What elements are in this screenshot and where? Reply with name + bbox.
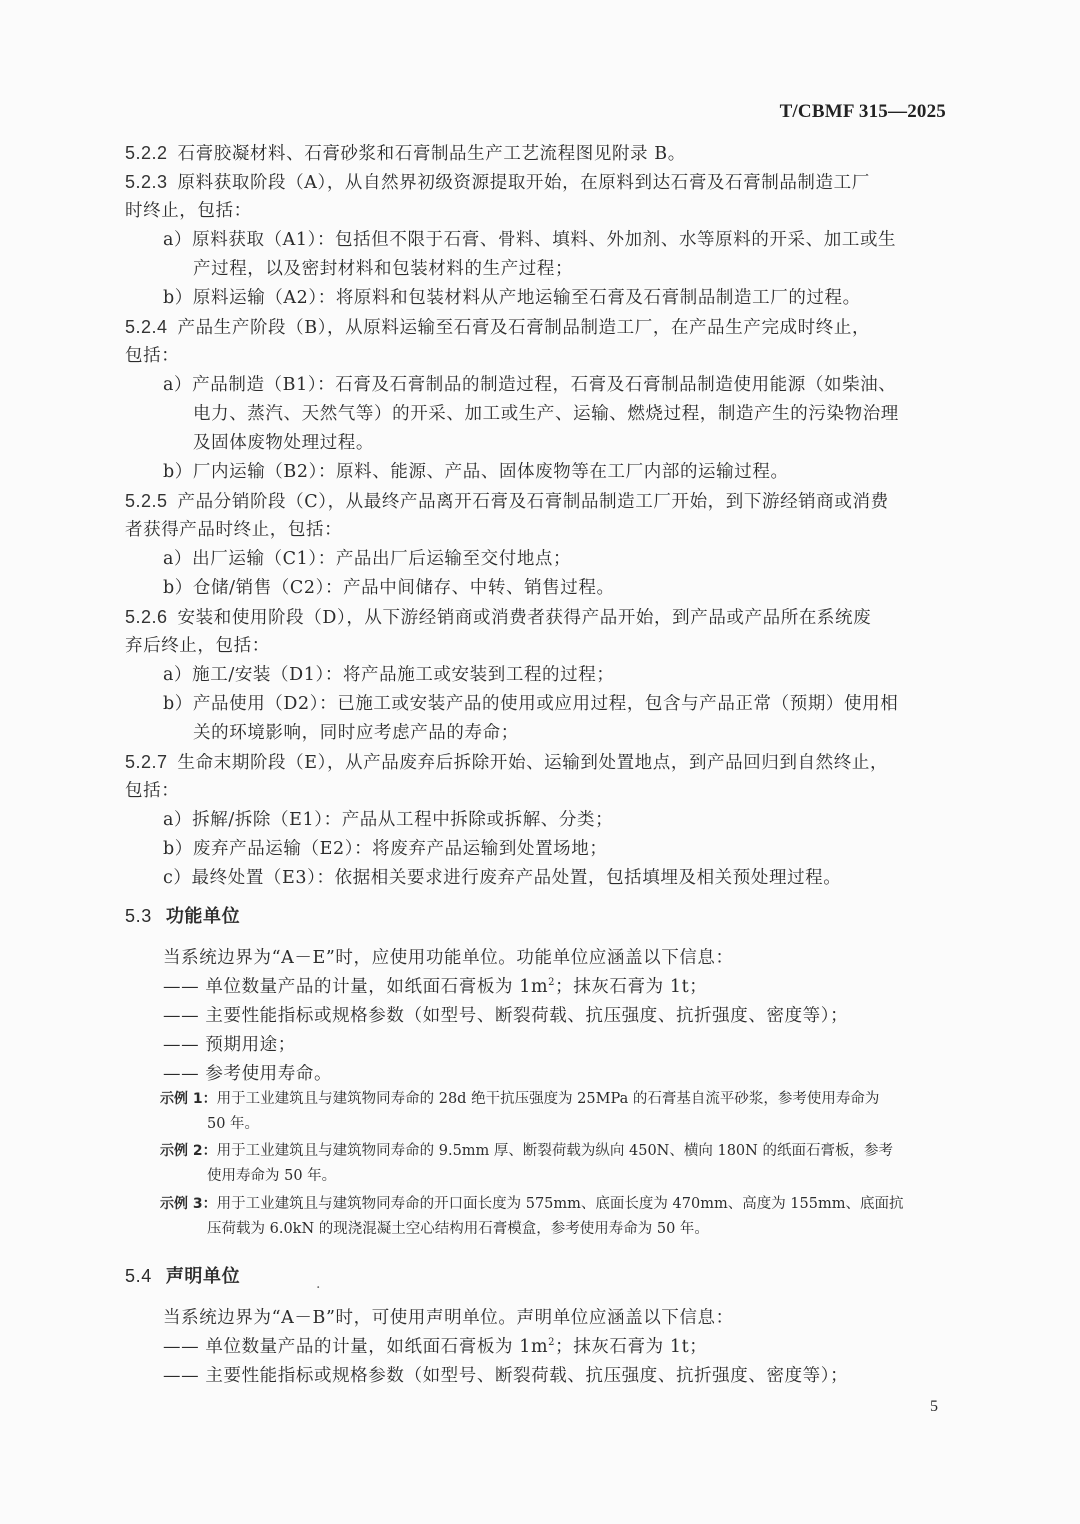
list-item: a）原料获取（A1）：包括但不限于石膏、骨料、填料、外加剂、水等原料的开采、加工… <box>163 226 985 255</box>
example-text: 用于工业建筑且与建筑物同寿命的 28d 绝干抗压强度为 25MPa 的石膏基自流… <box>217 1091 880 1107</box>
list-item: c）最终处置（E3）：依据相关要求进行废弃产品处置，包括填埋及相关预处理过程。 <box>163 864 985 893</box>
clause-5-2-4: 5.2.4产品生产阶段（B），从原料运输至石膏及石膏制品制造工厂，在产品生产完成… <box>125 313 947 343</box>
dash-item-text: ；抹灰石膏为 1t； <box>555 1337 707 1357</box>
list-marker: b） <box>163 694 193 714</box>
example-label: 示例 2： <box>160 1143 217 1159</box>
clause-5-2-2: 5.2.2石膏胶凝材料、石膏砂浆和石膏制品生产工艺流程图见附录 B。 <box>125 139 947 169</box>
dash-marker: —— <box>163 1337 199 1357</box>
clause-text-cont: 包括： <box>125 777 947 806</box>
list-item: b）原料运输（A2）：将原料和包装材料从产地运输至石膏及石膏制品制造工厂的过程。 <box>163 284 985 313</box>
section-heading-5-3: 5.3功能单位 <box>125 902 947 931</box>
example-1: 示例 1：用于工业建筑且与建筑物同寿命的 28d 绝干抗压强度为 25MPa 的… <box>160 1087 879 1112</box>
list-item-text: 产品使用（D2）：已施工或安装产品的使用或应用过程，包含与产品正常（预期）使用相 <box>193 694 898 714</box>
list-item-text: 原料获取（A1）：包括但不限于石膏、骨料、填料、外加剂、水等原料的开采、加工或生 <box>192 230 896 250</box>
example-text: 用于工业建筑且与建筑物同寿命的开口面长度为 575mm、底面长度为 470mm、… <box>217 1196 904 1212</box>
list-marker: c） <box>163 868 192 888</box>
dash-item: —— 单位数量产品的计量，如纸面石膏板为 1m2；抹灰石膏为 1t； <box>163 973 985 1002</box>
section-intro: 当系统边界为“A－E”时，应使用功能单位。功能单位应涵盖以下信息： <box>163 944 985 973</box>
dash-item: —— 参考使用寿命。 <box>163 1060 985 1089</box>
list-item-cont: 及固体废物处理过程。 <box>193 429 1015 458</box>
section-number: 5.4 <box>125 1266 152 1286</box>
list-marker: b） <box>163 839 193 859</box>
clause-text-cont: 者获得产品时终止，包括： <box>125 516 947 545</box>
list-item-text: 出厂运输（C1）：产品出厂后运输至交付地点； <box>192 549 571 569</box>
dash-marker: —— <box>163 1064 199 1084</box>
example-text-cont: 使用寿命为 50 年。 <box>207 1164 336 1189</box>
dash-item: —— 预期用途； <box>163 1031 985 1060</box>
clause-number: 5.2.3 <box>125 172 168 192</box>
example-text-cont: 50 年。 <box>207 1112 259 1137</box>
clause-text-cont: 包括： <box>125 342 947 371</box>
list-item: a）施工/安装（D1）：将产品施工或安装到工程的过程； <box>163 661 985 690</box>
dash-item: —— 单位数量产品的计量，如纸面石膏板为 1m2；抹灰石膏为 1t； <box>163 1333 985 1362</box>
dash-item: —— 主要性能指标或规格参数（如型号、断裂荷载、抗压强度、抗折强度、密度等）； <box>163 1002 985 1031</box>
example-label: 示例 3： <box>160 1196 217 1212</box>
section-number: 5.3 <box>125 906 152 926</box>
list-marker: a） <box>163 549 192 569</box>
clause-text-cont: 时终止，包括： <box>125 197 947 226</box>
clause-5-2-6: 5.2.6安装和使用阶段（D），从下游经销商或消费者获得产品开始，到产品或产品所… <box>125 603 947 633</box>
list-item-text: 原料运输（A2）：将原料和包装材料从产地运输至石膏及石膏制品制造工厂的过程。 <box>193 288 861 308</box>
list-item-text: 产品制造（B1）：石膏及石膏制品的制造过程，石膏及石膏制品制造使用能源（如柴油、 <box>192 375 896 395</box>
clause-text-cont: 弃后终止，包括： <box>125 632 947 661</box>
dash-item-text: 参考使用寿命。 <box>205 1064 332 1084</box>
list-item: a）产品制造（B1）：石膏及石膏制品的制造过程，石膏及石膏制品制造使用能源（如柴… <box>163 371 985 400</box>
list-marker: a） <box>163 230 192 250</box>
list-item: b）废弃产品运输（E2）：将废弃产品运输到处置场地； <box>163 835 985 864</box>
clause-number: 5.2.2 <box>125 143 168 163</box>
list-marker: a） <box>163 665 192 685</box>
clause-text: 产品生产阶段（B），从原料运输至石膏及石膏制品制造工厂，在产品生产完成时终止， <box>178 318 871 338</box>
list-item-text: 仓储/销售（C2）：产品中间储存、中转、销售过程。 <box>193 578 615 598</box>
clause-number: 5.2.6 <box>125 607 168 627</box>
clause-5-2-7: 5.2.7生命末期阶段（E），从产品废弃后拆除开始、运输到处置地点，到产品回归到… <box>125 748 947 778</box>
clause-number: 5.2.7 <box>125 752 168 772</box>
dash-marker: —— <box>163 977 199 997</box>
scan-speck: . <box>316 1276 320 1292</box>
page-number: 5 <box>930 1398 938 1416</box>
list-item-text: 拆解/拆除（E1）：产品从工程中拆除或拆解、分类； <box>192 810 613 830</box>
section-title: 声明单位 <box>166 1266 240 1286</box>
list-item-text: 废弃产品运输（E2）：将废弃产品运输到处置场地； <box>193 839 608 859</box>
list-item-text: 厂内运输（B2）：原料、能源、产品、固体废物等在工厂内部的运输过程。 <box>193 462 789 482</box>
dash-item-text: 单位数量产品的计量，如纸面石膏板为 1m <box>205 1337 548 1357</box>
dash-marker: —— <box>163 1006 199 1026</box>
list-item-text: 最终处置（E3）：依据相关要求进行废弃产品处置，包括填埋及相关预处理过程。 <box>192 868 842 888</box>
list-item-cont: 关的环境影响，同时应考虑产品的寿命； <box>193 719 1015 748</box>
dash-item-text: 主要性能指标或规格参数（如型号、断裂荷载、抗压强度、抗折强度、密度等）； <box>205 1366 848 1386</box>
example-text: 用于工业建筑且与建筑物同寿命的 9.5mm 厚、断裂荷载为纵向 450N、横向 … <box>217 1143 893 1159</box>
list-marker: b） <box>163 578 193 598</box>
list-marker: a） <box>163 375 192 395</box>
example-2: 示例 2：用于工业建筑且与建筑物同寿命的 9.5mm 厚、断裂荷载为纵向 450… <box>160 1139 893 1164</box>
standard-code: T/CBMF 315—2025 <box>780 101 946 123</box>
example-3: 示例 3：用于工业建筑且与建筑物同寿命的开口面长度为 575mm、底面长度为 4… <box>160 1192 903 1217</box>
dash-item-text: ；抹灰石膏为 1t； <box>555 977 707 997</box>
dash-marker: —— <box>163 1366 199 1386</box>
clause-5-2-3: 5.2.3原料获取阶段（A），从自然界初级资源提取开始，在原料到达石膏及石膏制品… <box>125 168 947 198</box>
document-page: T/CBMF 315—2025 5.2.2石膏胶凝材料、石膏砂浆和石膏制品生产工… <box>0 0 1080 1524</box>
clause-number: 5.2.5 <box>125 491 168 511</box>
list-item-text: 施工/安装（D1）：将产品施工或安装到工程的过程； <box>192 665 614 685</box>
list-item: a）拆解/拆除（E1）：产品从工程中拆除或拆解、分类； <box>163 806 985 835</box>
clause-number: 5.2.4 <box>125 317 168 337</box>
clause-text: 原料获取阶段（A），从自然界初级资源提取开始，在原料到达石膏及石膏制品制造工厂 <box>178 173 870 193</box>
list-item: b）产品使用（D2）：已施工或安装产品的使用或应用过程，包含与产品正常（预期）使… <box>163 690 985 719</box>
list-item-cont: 电力、蒸汽、天然气等）的开采、加工或生产、运输、燃烧过程，制造产生的污染物治理 <box>193 400 1015 429</box>
dash-item-text: 预期用途； <box>205 1035 296 1055</box>
dash-item: —— 主要性能指标或规格参数（如型号、断裂荷载、抗压强度、抗折强度、密度等）； <box>163 1362 985 1391</box>
list-marker: a） <box>163 810 192 830</box>
list-item: b）仓储/销售（C2）：产品中间储存、中转、销售过程。 <box>163 574 985 603</box>
list-item-cont: 产过程，以及密封材料和包装材料的生产过程； <box>193 255 1015 284</box>
clause-text: 生命末期阶段（E），从产品废弃后拆除开始、运输到处置地点，到产品回归到自然终止， <box>178 753 889 773</box>
section-heading-5-4: 5.4声明单位 <box>125 1262 947 1291</box>
example-text-cont: 压荷载为 6.0kN 的现浇混凝土空心结构用石膏模盒，参考使用寿命为 50 年。 <box>207 1217 709 1242</box>
list-marker: b） <box>163 462 193 482</box>
example-label: 示例 1： <box>160 1091 217 1107</box>
section-intro: 当系统边界为“A－B”时，可使用声明单位。声明单位应涵盖以下信息： <box>163 1304 985 1333</box>
dash-marker: —— <box>163 1035 199 1055</box>
clause-5-2-5: 5.2.5产品分销阶段（C），从最终产品离开石膏及石膏制品制造工厂开始，到下游经… <box>125 487 947 517</box>
section-title: 功能单位 <box>166 906 240 926</box>
clause-text: 石膏胶凝材料、石膏砂浆和石膏制品生产工艺流程图见附录 B。 <box>178 144 686 164</box>
list-marker: b） <box>163 288 193 308</box>
clause-text: 安装和使用阶段（D），从下游经销商或消费者获得产品开始，到产品或产品所在系统废 <box>178 608 872 628</box>
dash-item-text: 单位数量产品的计量，如纸面石膏板为 1m <box>205 977 548 997</box>
list-item: b）厂内运输（B2）：原料、能源、产品、固体废物等在工厂内部的运输过程。 <box>163 458 985 487</box>
list-item: a）出厂运输（C1）：产品出厂后运输至交付地点； <box>163 545 985 574</box>
clause-text: 产品分销阶段（C），从最终产品离开石膏及石膏制品制造工厂开始，到下游经销商或消费 <box>178 492 889 512</box>
dash-item-text: 主要性能指标或规格参数（如型号、断裂荷载、抗压强度、抗折强度、密度等）； <box>205 1006 848 1026</box>
